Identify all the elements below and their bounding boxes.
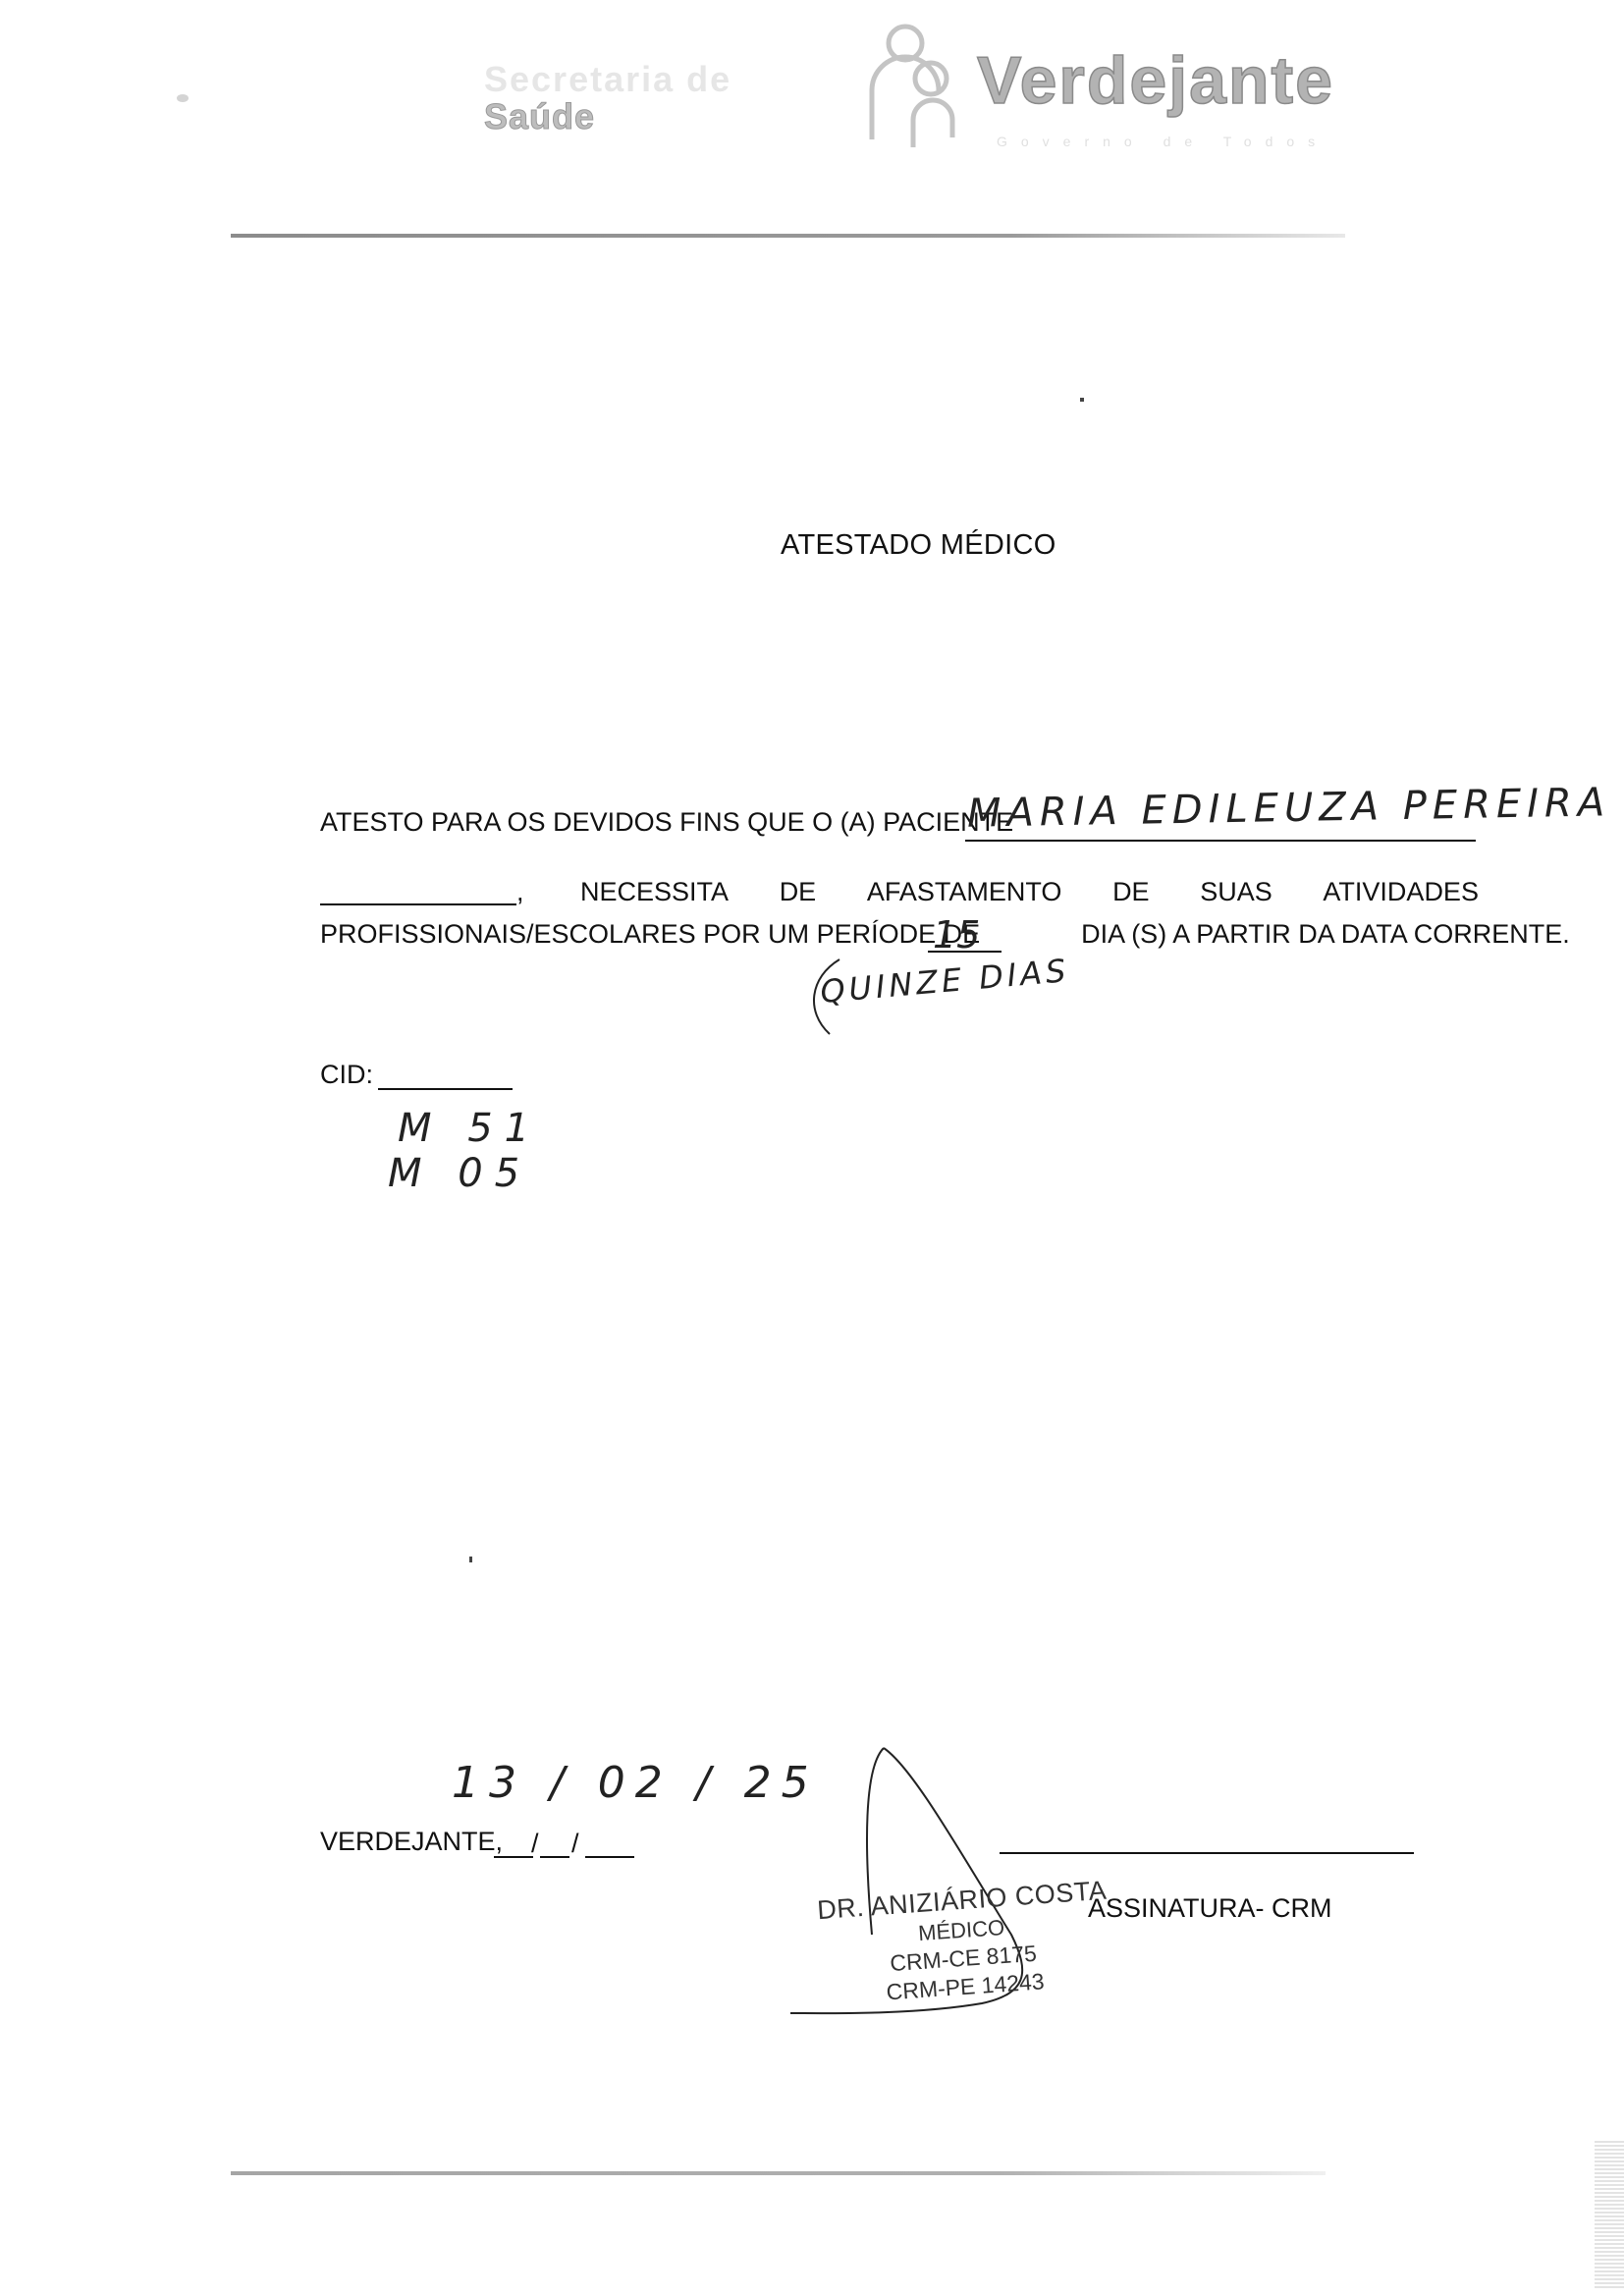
cid-label: CID: bbox=[320, 1060, 373, 1090]
statement-line2: NECESSITA DE AFASTAMENTO DE SUAS ATIVIDA… bbox=[320, 877, 1479, 907]
date-handwritten: 13 / 02 / 25 bbox=[452, 1758, 819, 1808]
header-divider bbox=[231, 234, 1345, 238]
secretaria-logo-line2: Saúde bbox=[484, 96, 595, 137]
footer-divider bbox=[231, 2171, 1326, 2175]
scan-speck bbox=[469, 1557, 472, 1562]
cid-code-handwritten: M 51 bbox=[398, 1106, 541, 1151]
scan-edge-artifact bbox=[1595, 2141, 1624, 2288]
verdejante-logo-text: Verdejante bbox=[977, 47, 1334, 114]
scan-speck bbox=[1080, 398, 1084, 402]
word: ATIVIDADES bbox=[1323, 877, 1479, 907]
word: DE bbox=[1112, 877, 1150, 907]
patient-name-handwritten: MARIA EDILEUZA PEREIRA bbox=[967, 780, 1611, 836]
date-separator: / bbox=[531, 1829, 539, 1859]
people-figures-icon bbox=[854, 22, 962, 149]
cid-line bbox=[378, 1088, 513, 1090]
signature-label: ASSINATURA- CRM bbox=[1088, 1893, 1332, 1924]
secretaria-logo-line1: Secretaria de bbox=[484, 59, 731, 100]
scan-speck bbox=[177, 94, 189, 102]
period-suffix: DIA (S) A PARTIR DA DATA CORRENTE. bbox=[1081, 919, 1570, 949]
patient-name-line bbox=[965, 840, 1476, 842]
date-year-blank bbox=[585, 1856, 634, 1858]
word: NECESSITA bbox=[580, 877, 729, 907]
date-month-blank bbox=[540, 1856, 569, 1858]
word: AFASTAMENTO bbox=[867, 877, 1062, 907]
word: DE bbox=[780, 877, 817, 907]
signature-line bbox=[1000, 1852, 1414, 1854]
days-handwritten: 15 bbox=[933, 913, 980, 957]
verdejante-logo-tagline: Governo de Todos bbox=[997, 134, 1328, 149]
city-label: VERDEJANTE, bbox=[320, 1827, 503, 1857]
period-prefix: PROFISSIONAIS/ESCOLARES POR UM PERÍODE D… bbox=[320, 919, 980, 949]
statement-prefix: ATESTO PARA OS DEVIDOS FINS QUE O (A) PA… bbox=[320, 807, 1013, 838]
document-title: ATESTADO MÉDICO bbox=[781, 529, 1056, 562]
date-separator: / bbox=[571, 1829, 579, 1859]
date-day-blank bbox=[494, 1856, 533, 1858]
cid-code-handwritten: M 05 bbox=[388, 1151, 531, 1196]
word: SUAS bbox=[1200, 877, 1272, 907]
doctor-stamp: DR. ANIZIÁRIO COSTA MÉDICO CRM-CE 8175 C… bbox=[826, 1877, 1099, 2010]
